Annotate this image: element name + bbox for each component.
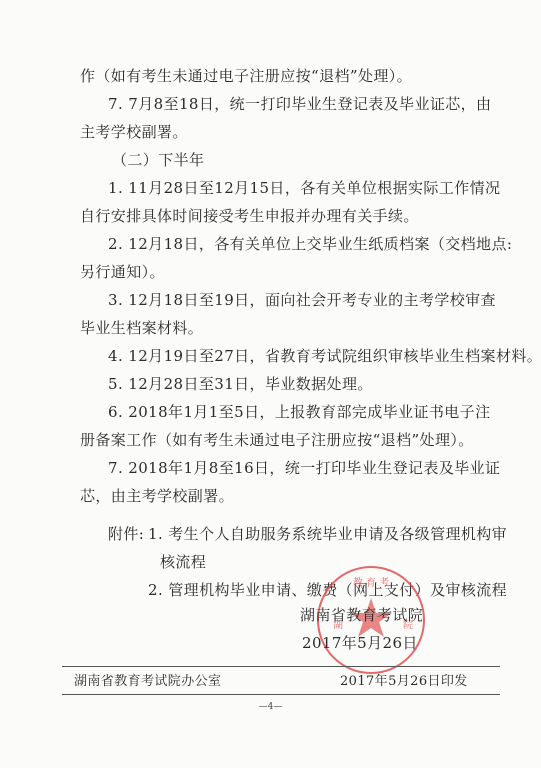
body-line: 7. 7月8至18日，统一打印毕业生登记表及毕业证芯，由 [108, 94, 491, 114]
attachment-item: 核流程 [160, 552, 206, 572]
body-line: 7. 2018年1月8至16日，统一打印毕业生登记表及毕业证 [108, 458, 500, 478]
document-page: 作（如有考生未通过电子注册应按“退档”处理）。 7. 7月8至18日，统一打印毕… [0, 0, 541, 768]
body-line: 3. 12月18日至19日，面向社会开考专业的主考学校审查 [108, 290, 496, 310]
attachment-item: 1. 考生个人自助服务系统毕业申请及各级管理机构审 [148, 524, 507, 544]
body-line: 4. 12月19日至27日，省教育考试院组织审核毕业生档案材料。 [108, 346, 541, 366]
footer-top-rule [62, 666, 500, 667]
footer-issuer: 湖南省教育考试院办公室 [74, 672, 221, 692]
body-line: 1. 11月28日至12月15日，各有关单位根据实际工作情况 [108, 178, 500, 198]
body-line: 主考学校副署。 [80, 122, 188, 142]
body-line: 作（如有考生未通过电子注册应按“退档”处理）。 [80, 66, 412, 86]
footer-bottom-rule [62, 694, 500, 695]
body-line: 册备案工作（如有考生未通过电子注册应按“退档”处理）。 [80, 430, 474, 450]
body-line: 6. 2018年1月1至5日，上报教育部完成毕业证书电子注 [108, 402, 491, 422]
signature-org: 湖南省教育考试院 [300, 605, 423, 625]
attachments-label: 附件: [108, 524, 144, 544]
signature-date: 2017年5月26日 [302, 633, 418, 653]
section-heading: （二）下半年 [112, 150, 204, 170]
body-line: 芯，由主考学校副署。 [80, 486, 234, 506]
body-line: 另行通知）。 [80, 262, 165, 282]
footer-issue-date: 2017年5月26日印发 [340, 672, 468, 692]
body-line: 自行安排具体时间接受考生申报并办理有关手续。 [80, 206, 419, 226]
svg-text:教 育 考: 教 育 考 [353, 576, 389, 589]
body-line: 2. 12月18日，各有关单位上交毕业生纸质档案（交档地点: [108, 234, 512, 254]
body-line: 5. 12月28日至31日，毕业数据处理。 [108, 374, 373, 394]
body-line: 毕业生档案材料。 [80, 318, 203, 338]
page-number: —4— [0, 702, 541, 712]
